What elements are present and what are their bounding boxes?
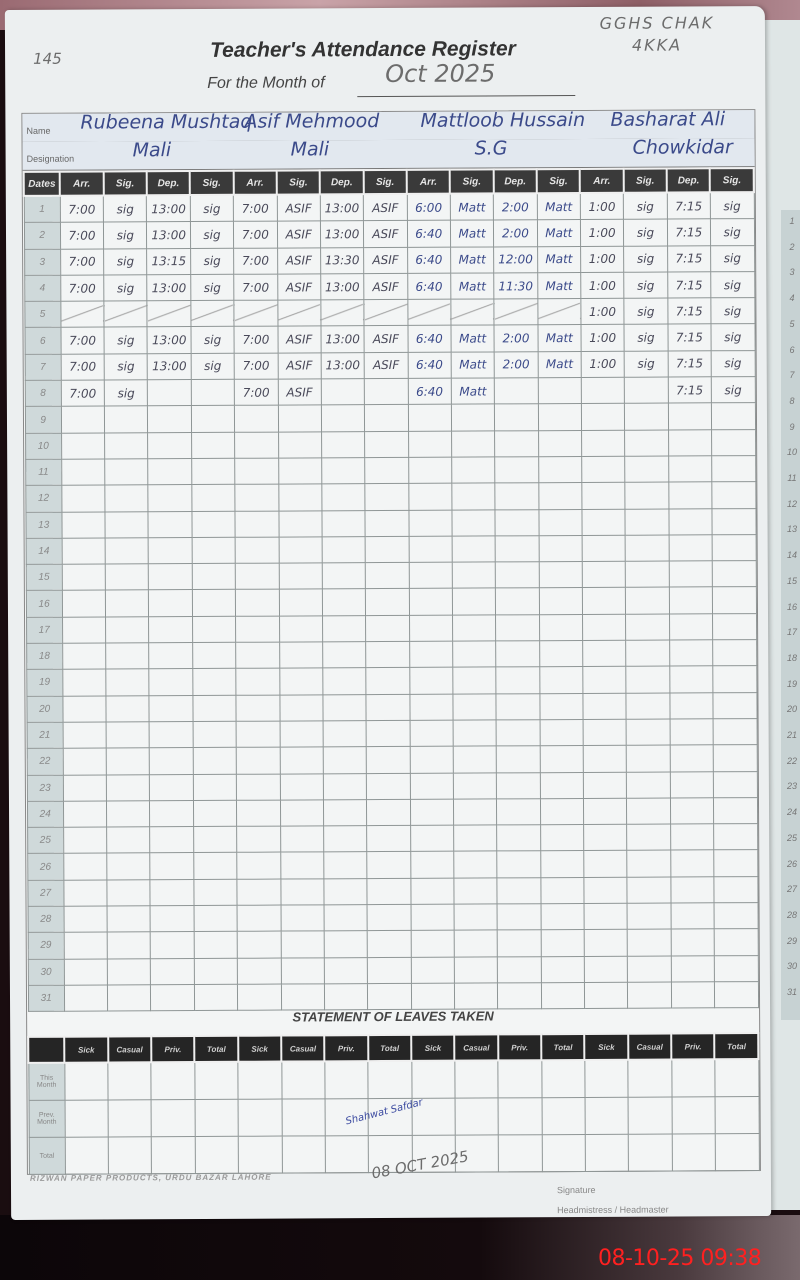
attendance-cell: sig bbox=[104, 248, 147, 275]
leave-cell bbox=[542, 1134, 586, 1171]
attendance-cell bbox=[191, 432, 234, 459]
attendance-cell bbox=[279, 642, 322, 669]
attendance-cell bbox=[452, 483, 495, 510]
attendance-cell bbox=[324, 957, 367, 984]
attendance-cell bbox=[714, 876, 758, 903]
teacher-designation-4: Chowkidar bbox=[633, 136, 733, 159]
attendance-cell bbox=[409, 510, 452, 537]
attendance-cell: sig bbox=[191, 274, 234, 301]
signature-label: Signature bbox=[557, 1185, 596, 1195]
date-cell: 10 bbox=[25, 433, 61, 459]
camera-timestamp: 08-10-25 09:38 bbox=[598, 1246, 761, 1271]
adjacent-page-date: 7 bbox=[783, 370, 800, 380]
attendance-cell bbox=[281, 984, 324, 1011]
attendance-cell bbox=[582, 614, 625, 641]
attendance-cell bbox=[322, 458, 365, 485]
leave-cell bbox=[672, 1097, 716, 1134]
attendance-cell bbox=[194, 958, 237, 985]
month-label: For the Month of bbox=[207, 74, 324, 93]
attendance-cell bbox=[280, 721, 323, 748]
attendance-cell: 7:00 bbox=[234, 274, 277, 301]
leave-cell bbox=[108, 1100, 152, 1137]
attendance-cell: 7:15 bbox=[667, 272, 710, 299]
attendance-cell bbox=[150, 721, 193, 748]
attendance-cell bbox=[105, 511, 148, 538]
attendance-cell bbox=[192, 485, 235, 512]
attendance-cell bbox=[278, 405, 321, 432]
attendance-cell bbox=[584, 851, 627, 878]
adjacent-page-date: 17 bbox=[783, 627, 800, 637]
attendance-cell bbox=[149, 695, 192, 722]
attendance-cell bbox=[322, 510, 365, 537]
attendance-cell bbox=[453, 799, 496, 826]
teacher-designation-1: Mali bbox=[133, 139, 172, 161]
adjacent-page-date: 5 bbox=[783, 319, 800, 329]
attendance-cell bbox=[581, 404, 624, 431]
leave-column-header: Casual bbox=[628, 1034, 671, 1060]
teacher-name-1: Rubeena Mushtaq bbox=[80, 111, 252, 134]
attendance-cell bbox=[410, 825, 453, 852]
attendance-cell bbox=[540, 693, 583, 720]
attendance-cell bbox=[628, 956, 671, 983]
attendance-cell bbox=[625, 430, 668, 457]
date-cell: 28 bbox=[28, 906, 64, 932]
attendance-cell bbox=[322, 484, 365, 511]
attendance-cell: sig bbox=[711, 324, 755, 351]
attendance-cell bbox=[669, 640, 712, 667]
attendance-cell bbox=[280, 852, 323, 879]
attendance-cell bbox=[625, 403, 668, 430]
column-header: Sig. bbox=[710, 168, 754, 192]
attendance-cell bbox=[63, 827, 106, 854]
attendance-cell bbox=[235, 405, 278, 432]
attendance-cell bbox=[105, 406, 148, 433]
attendance-cell bbox=[582, 483, 625, 510]
attendance-cell bbox=[627, 850, 670, 877]
attendance-cell: ASIF bbox=[278, 379, 321, 406]
attendance-cell bbox=[323, 773, 366, 800]
attendance-cell bbox=[366, 720, 409, 747]
attendance-cell bbox=[537, 299, 580, 326]
attendance-cell bbox=[148, 458, 191, 485]
attendance-cell bbox=[365, 563, 408, 590]
attendance-cell bbox=[451, 404, 494, 431]
attendance-cell bbox=[107, 827, 150, 854]
column-header: Sig. bbox=[277, 170, 320, 194]
attendance-cell bbox=[712, 613, 756, 640]
attendance-cell bbox=[453, 772, 496, 799]
attendance-cell bbox=[625, 456, 668, 483]
attendance-cell bbox=[496, 614, 539, 641]
attendance-cell bbox=[367, 931, 410, 958]
attendance-cell: 7:00 bbox=[234, 379, 277, 406]
attendance-cell: sig bbox=[190, 248, 233, 275]
attendance-cell: 6:40 bbox=[408, 352, 451, 379]
attendance-cell bbox=[148, 406, 191, 433]
table-row: 21 bbox=[27, 719, 757, 749]
date-cell: 15 bbox=[26, 564, 62, 590]
attendance-cell bbox=[324, 905, 367, 932]
attendance-cell: 11:30 bbox=[494, 273, 537, 300]
attendance-cell: sig bbox=[711, 377, 755, 404]
attendance-cell bbox=[668, 429, 711, 456]
attendance-cell bbox=[64, 906, 107, 933]
attendance-cell bbox=[150, 827, 193, 854]
table-row: 29 bbox=[28, 929, 758, 959]
attendance-cell: 7:00 bbox=[60, 249, 103, 276]
attendance-cell: ASIF bbox=[364, 326, 407, 353]
attendance-cell: Matt bbox=[451, 325, 494, 352]
adjacent-page-date: 18 bbox=[783, 653, 800, 663]
adjacent-page-date: 29 bbox=[783, 936, 800, 946]
attendance-cell bbox=[452, 509, 495, 536]
attendance-cell bbox=[367, 773, 410, 800]
attendance-cell bbox=[236, 590, 279, 617]
attendance-cell bbox=[366, 589, 409, 616]
attendance-cell bbox=[539, 614, 582, 641]
attendance-cell bbox=[64, 880, 107, 907]
attendance-cell bbox=[408, 483, 451, 510]
attendance-cell bbox=[584, 903, 627, 930]
attendance-cell bbox=[714, 929, 758, 956]
attendance-cell bbox=[149, 616, 192, 643]
leave-cell bbox=[152, 1137, 196, 1174]
attendance-cell: Matt bbox=[538, 325, 581, 352]
attendance-cell: 2:00 bbox=[494, 193, 537, 220]
date-cell: 13 bbox=[25, 512, 61, 538]
attendance-cell bbox=[149, 669, 192, 696]
adjacent-page-date: 31 bbox=[783, 987, 800, 997]
attendance-cell bbox=[235, 458, 278, 485]
attendance-cell: 6:40 bbox=[408, 326, 451, 353]
attendance-cell bbox=[324, 984, 367, 1011]
attendance-cell bbox=[63, 775, 106, 802]
attendance-cell bbox=[712, 587, 756, 614]
table-row: 37:00sig13:15sig7:00ASIF13:30ASIF6:40Mat… bbox=[24, 245, 754, 275]
adjacent-page-date: 19 bbox=[783, 679, 800, 689]
attendance-cell: sig bbox=[624, 298, 667, 325]
attendance-cell bbox=[452, 457, 495, 484]
adjacent-page-date: 24 bbox=[783, 807, 800, 817]
column-header: Arr. bbox=[580, 169, 623, 193]
attendance-cell bbox=[540, 877, 583, 904]
attendance-cell bbox=[321, 431, 364, 458]
attendance-cell bbox=[107, 958, 150, 985]
attendance-cell bbox=[237, 774, 280, 801]
attendance-cell bbox=[64, 959, 107, 986]
adjacent-page-date: 15 bbox=[783, 576, 800, 586]
attendance-cell bbox=[712, 508, 756, 535]
attendance-cell: ASIF bbox=[277, 247, 320, 274]
attendance-cell bbox=[236, 747, 279, 774]
attendance-cell bbox=[104, 301, 147, 328]
attendance-cell bbox=[451, 431, 494, 458]
attendance-cell bbox=[669, 614, 712, 641]
attendance-cell bbox=[280, 879, 323, 906]
attendance-cell bbox=[453, 694, 496, 721]
attendance-cell bbox=[627, 798, 670, 825]
attendance-cell bbox=[365, 510, 408, 537]
attendance-cell bbox=[454, 851, 497, 878]
attendance-cell bbox=[106, 722, 149, 749]
attendance-cell bbox=[582, 535, 625, 562]
attendance-cell bbox=[279, 668, 322, 695]
attendance-cell bbox=[452, 562, 495, 589]
attendance-cell bbox=[540, 825, 583, 852]
attendance-cell bbox=[497, 851, 540, 878]
attendance-cell bbox=[322, 615, 365, 642]
attendance-cell bbox=[237, 852, 280, 879]
attendance-cell: 1:00 bbox=[581, 351, 624, 378]
adjacent-page-date: 3 bbox=[783, 267, 800, 277]
teacher-name-2: Asif Mehmood bbox=[244, 110, 379, 133]
attendance-cell bbox=[409, 694, 452, 721]
attendance-cell bbox=[321, 405, 364, 432]
attendance-cell: 1:00 bbox=[581, 298, 624, 325]
attendance-cell: 7:15 bbox=[668, 377, 711, 404]
attendance-cell bbox=[106, 669, 149, 696]
attendance-cell bbox=[625, 509, 668, 536]
attendance-cell bbox=[235, 563, 278, 590]
attendance-cell bbox=[150, 879, 193, 906]
leave-cell bbox=[238, 1136, 282, 1173]
attendance-cell bbox=[712, 561, 756, 588]
attendance-cell: 7:00 bbox=[234, 221, 277, 248]
attendance-cell bbox=[583, 640, 626, 667]
attendance-cell bbox=[626, 587, 669, 614]
leave-cell bbox=[541, 1060, 585, 1098]
attendance-cell bbox=[713, 797, 757, 824]
attendance-cell bbox=[367, 852, 410, 879]
leave-cell bbox=[152, 1100, 196, 1137]
attendance-cell bbox=[323, 747, 366, 774]
attendance-cell bbox=[626, 614, 669, 641]
attendance-cell bbox=[541, 903, 584, 930]
attendance-cell bbox=[670, 850, 713, 877]
attendance-cell bbox=[626, 693, 669, 720]
leave-cell bbox=[281, 1061, 325, 1099]
leave-column-header: Sick bbox=[411, 1035, 454, 1061]
attendance-cell bbox=[539, 667, 582, 694]
attendance-cell bbox=[626, 745, 669, 772]
attendance-cell bbox=[453, 667, 496, 694]
attendance-cell bbox=[322, 589, 365, 616]
table-row: 28 bbox=[28, 903, 758, 933]
attendance-cell: 7:00 bbox=[234, 248, 277, 275]
attendance-cell bbox=[280, 826, 323, 853]
attendance-cell bbox=[408, 431, 451, 458]
leave-cell bbox=[108, 1137, 152, 1174]
attendance-cell bbox=[626, 666, 669, 693]
adjacent-page-date: 21 bbox=[783, 730, 800, 740]
table-row: 18 bbox=[26, 640, 756, 670]
date-cell: 1 bbox=[24, 196, 60, 223]
attendance-cell bbox=[495, 483, 538, 510]
attendance-table: DatesArr.Sig.Dep.Sig.Arr.Sig.Dep.Sig.Arr… bbox=[23, 167, 759, 1012]
attendance-cell: sig bbox=[104, 354, 147, 381]
table-row: 20 bbox=[26, 692, 756, 722]
attendance-cell bbox=[584, 824, 627, 851]
attendance-cell bbox=[670, 877, 713, 904]
attendance-cell: 13:00 bbox=[148, 353, 191, 380]
attendance-cell: sig bbox=[624, 219, 667, 246]
attendance-cell bbox=[193, 826, 236, 853]
attendance-cell bbox=[668, 403, 711, 430]
attendance-cell bbox=[625, 535, 668, 562]
table-row: 51:00sig7:15sig bbox=[24, 298, 754, 328]
attendance-cell bbox=[192, 537, 235, 564]
attendance-cell: 2:00 bbox=[494, 220, 537, 247]
attendance-cell bbox=[627, 903, 670, 930]
date-cell: 21 bbox=[27, 722, 63, 748]
attendance-cell bbox=[497, 930, 540, 957]
attendance-cell: 13:00 bbox=[320, 221, 363, 248]
attendance-cell bbox=[495, 404, 538, 431]
date-cell: 2 bbox=[24, 223, 60, 249]
adjacent-page-date: 22 bbox=[783, 756, 800, 766]
attendance-cell bbox=[63, 748, 106, 775]
adjacent-page-date: 6 bbox=[783, 345, 800, 355]
attendance-cell: 13:00 bbox=[321, 352, 364, 379]
attendance-cell bbox=[105, 459, 148, 486]
attendance-cell bbox=[150, 853, 193, 880]
teacher-name-3: Mattloob Hussain bbox=[420, 109, 585, 132]
leave-cell bbox=[498, 1060, 542, 1098]
attendance-cell bbox=[409, 589, 452, 616]
attendance-cell bbox=[62, 617, 105, 644]
attendance-cell bbox=[496, 746, 539, 773]
attendance-cell bbox=[409, 615, 452, 642]
leave-row-label: Prev. Month bbox=[29, 1100, 65, 1137]
attendance-cell bbox=[279, 694, 322, 721]
attendance-cell bbox=[538, 483, 581, 510]
attendance-cell bbox=[150, 800, 193, 827]
attendance-cell: 1:00 bbox=[581, 325, 624, 352]
date-cell: 23 bbox=[27, 775, 63, 801]
attendance-cell bbox=[107, 932, 150, 959]
adjacent-page-date: 27 bbox=[783, 884, 800, 894]
attendance-cell: 7:15 bbox=[667, 219, 710, 246]
attendance-cell bbox=[495, 509, 538, 536]
attendance-cell bbox=[582, 561, 625, 588]
attendance-cell: sig bbox=[710, 192, 754, 219]
leave-column-header: Total bbox=[715, 1033, 759, 1059]
attendance-cell bbox=[668, 456, 711, 483]
attendance-cell bbox=[368, 957, 411, 984]
attendance-cell bbox=[714, 903, 758, 930]
attendance-cell bbox=[411, 930, 454, 957]
table-row: 11 bbox=[25, 456, 755, 486]
attendance-cell bbox=[192, 511, 235, 538]
adjacent-page-date: 8 bbox=[783, 396, 800, 406]
attendance-cell bbox=[453, 746, 496, 773]
attendance-cell bbox=[194, 879, 237, 906]
column-header: Arr. bbox=[60, 171, 103, 195]
attendance-cell bbox=[495, 457, 538, 484]
date-cell: 7 bbox=[25, 354, 61, 380]
attendance-cell bbox=[584, 982, 627, 1009]
attendance-cell bbox=[236, 695, 279, 722]
adjacent-page-date: 23 bbox=[783, 781, 800, 791]
attendance-cell: 7:15 bbox=[667, 298, 710, 325]
attendance-cell bbox=[324, 931, 367, 958]
leave-row: This Month bbox=[28, 1059, 758, 1100]
adjacent-page-date: 14 bbox=[783, 550, 800, 560]
attendance-cell bbox=[149, 537, 192, 564]
attendance-cell: 13:00 bbox=[321, 326, 364, 353]
attendance-cell: Matt bbox=[537, 272, 580, 299]
date-cell: 14 bbox=[26, 538, 62, 564]
leave-column-header: Total bbox=[368, 1035, 411, 1061]
attendance-cell bbox=[494, 299, 537, 326]
leave-column-header: Total bbox=[541, 1034, 584, 1060]
attendance-cell bbox=[366, 641, 409, 668]
attendance-cell: Matt bbox=[451, 378, 494, 405]
leave-cell bbox=[282, 1099, 326, 1136]
attendance-cell bbox=[410, 773, 453, 800]
attendance-cell: ASIF bbox=[364, 194, 407, 221]
table-row: 19 bbox=[26, 666, 756, 696]
attendance-cell: 7:00 bbox=[61, 275, 104, 302]
attendance-cell bbox=[323, 642, 366, 669]
attendance-cell: 1:00 bbox=[580, 220, 623, 247]
attendance-cell: 7:15 bbox=[667, 245, 710, 272]
leave-cell bbox=[498, 1098, 542, 1135]
attendance-cell bbox=[583, 798, 626, 825]
attendance-cell: Matt bbox=[537, 193, 580, 220]
adjacent-page-date: 26 bbox=[783, 859, 800, 869]
attendance-cell bbox=[367, 826, 410, 853]
attendance-cell bbox=[538, 430, 581, 457]
attendance-cell: 12:00 bbox=[494, 246, 537, 273]
attendance-cell bbox=[62, 485, 105, 512]
leave-column-header: Total bbox=[195, 1036, 238, 1062]
table-row: 67:00sig13:00sig7:00ASIF13:00ASIF6:40Mat… bbox=[25, 324, 755, 354]
attendance-cell: sig bbox=[190, 222, 233, 249]
attendance-cell bbox=[106, 617, 149, 644]
date-cell: 8 bbox=[25, 380, 61, 406]
adjacent-page-date: 4 bbox=[783, 293, 800, 303]
attendance-cell: Matt bbox=[537, 246, 580, 273]
page-number: 145 bbox=[33, 50, 62, 68]
attendance-cell: sig bbox=[191, 327, 234, 354]
attendance-cell bbox=[454, 825, 497, 852]
attendance-cell: 7:00 bbox=[61, 380, 104, 407]
table-row: 26 bbox=[27, 850, 757, 880]
attendance-cell bbox=[671, 903, 714, 930]
attendance-cell bbox=[61, 301, 104, 328]
attendance-cell bbox=[324, 852, 367, 879]
attendance-cell bbox=[234, 300, 277, 327]
attendance-cell bbox=[191, 379, 234, 406]
attendance-cell bbox=[582, 456, 625, 483]
table-row: 17 bbox=[26, 613, 756, 643]
attendance-cell bbox=[63, 722, 106, 749]
attendance-cell bbox=[409, 562, 452, 589]
table-row: 13 bbox=[25, 508, 755, 538]
attendance-cell bbox=[281, 957, 324, 984]
attendance-cell bbox=[670, 798, 713, 825]
attendance-cell bbox=[497, 825, 540, 852]
attendance-cell bbox=[410, 878, 453, 905]
attendance-cell bbox=[368, 983, 411, 1010]
attendance-cell bbox=[63, 696, 106, 723]
attendance-cell bbox=[627, 877, 670, 904]
attendance-cell bbox=[714, 981, 758, 1008]
attendance-cell bbox=[670, 745, 713, 772]
attendance-cell: ASIF bbox=[277, 274, 320, 301]
adjacent-page-date: 20 bbox=[783, 704, 800, 714]
